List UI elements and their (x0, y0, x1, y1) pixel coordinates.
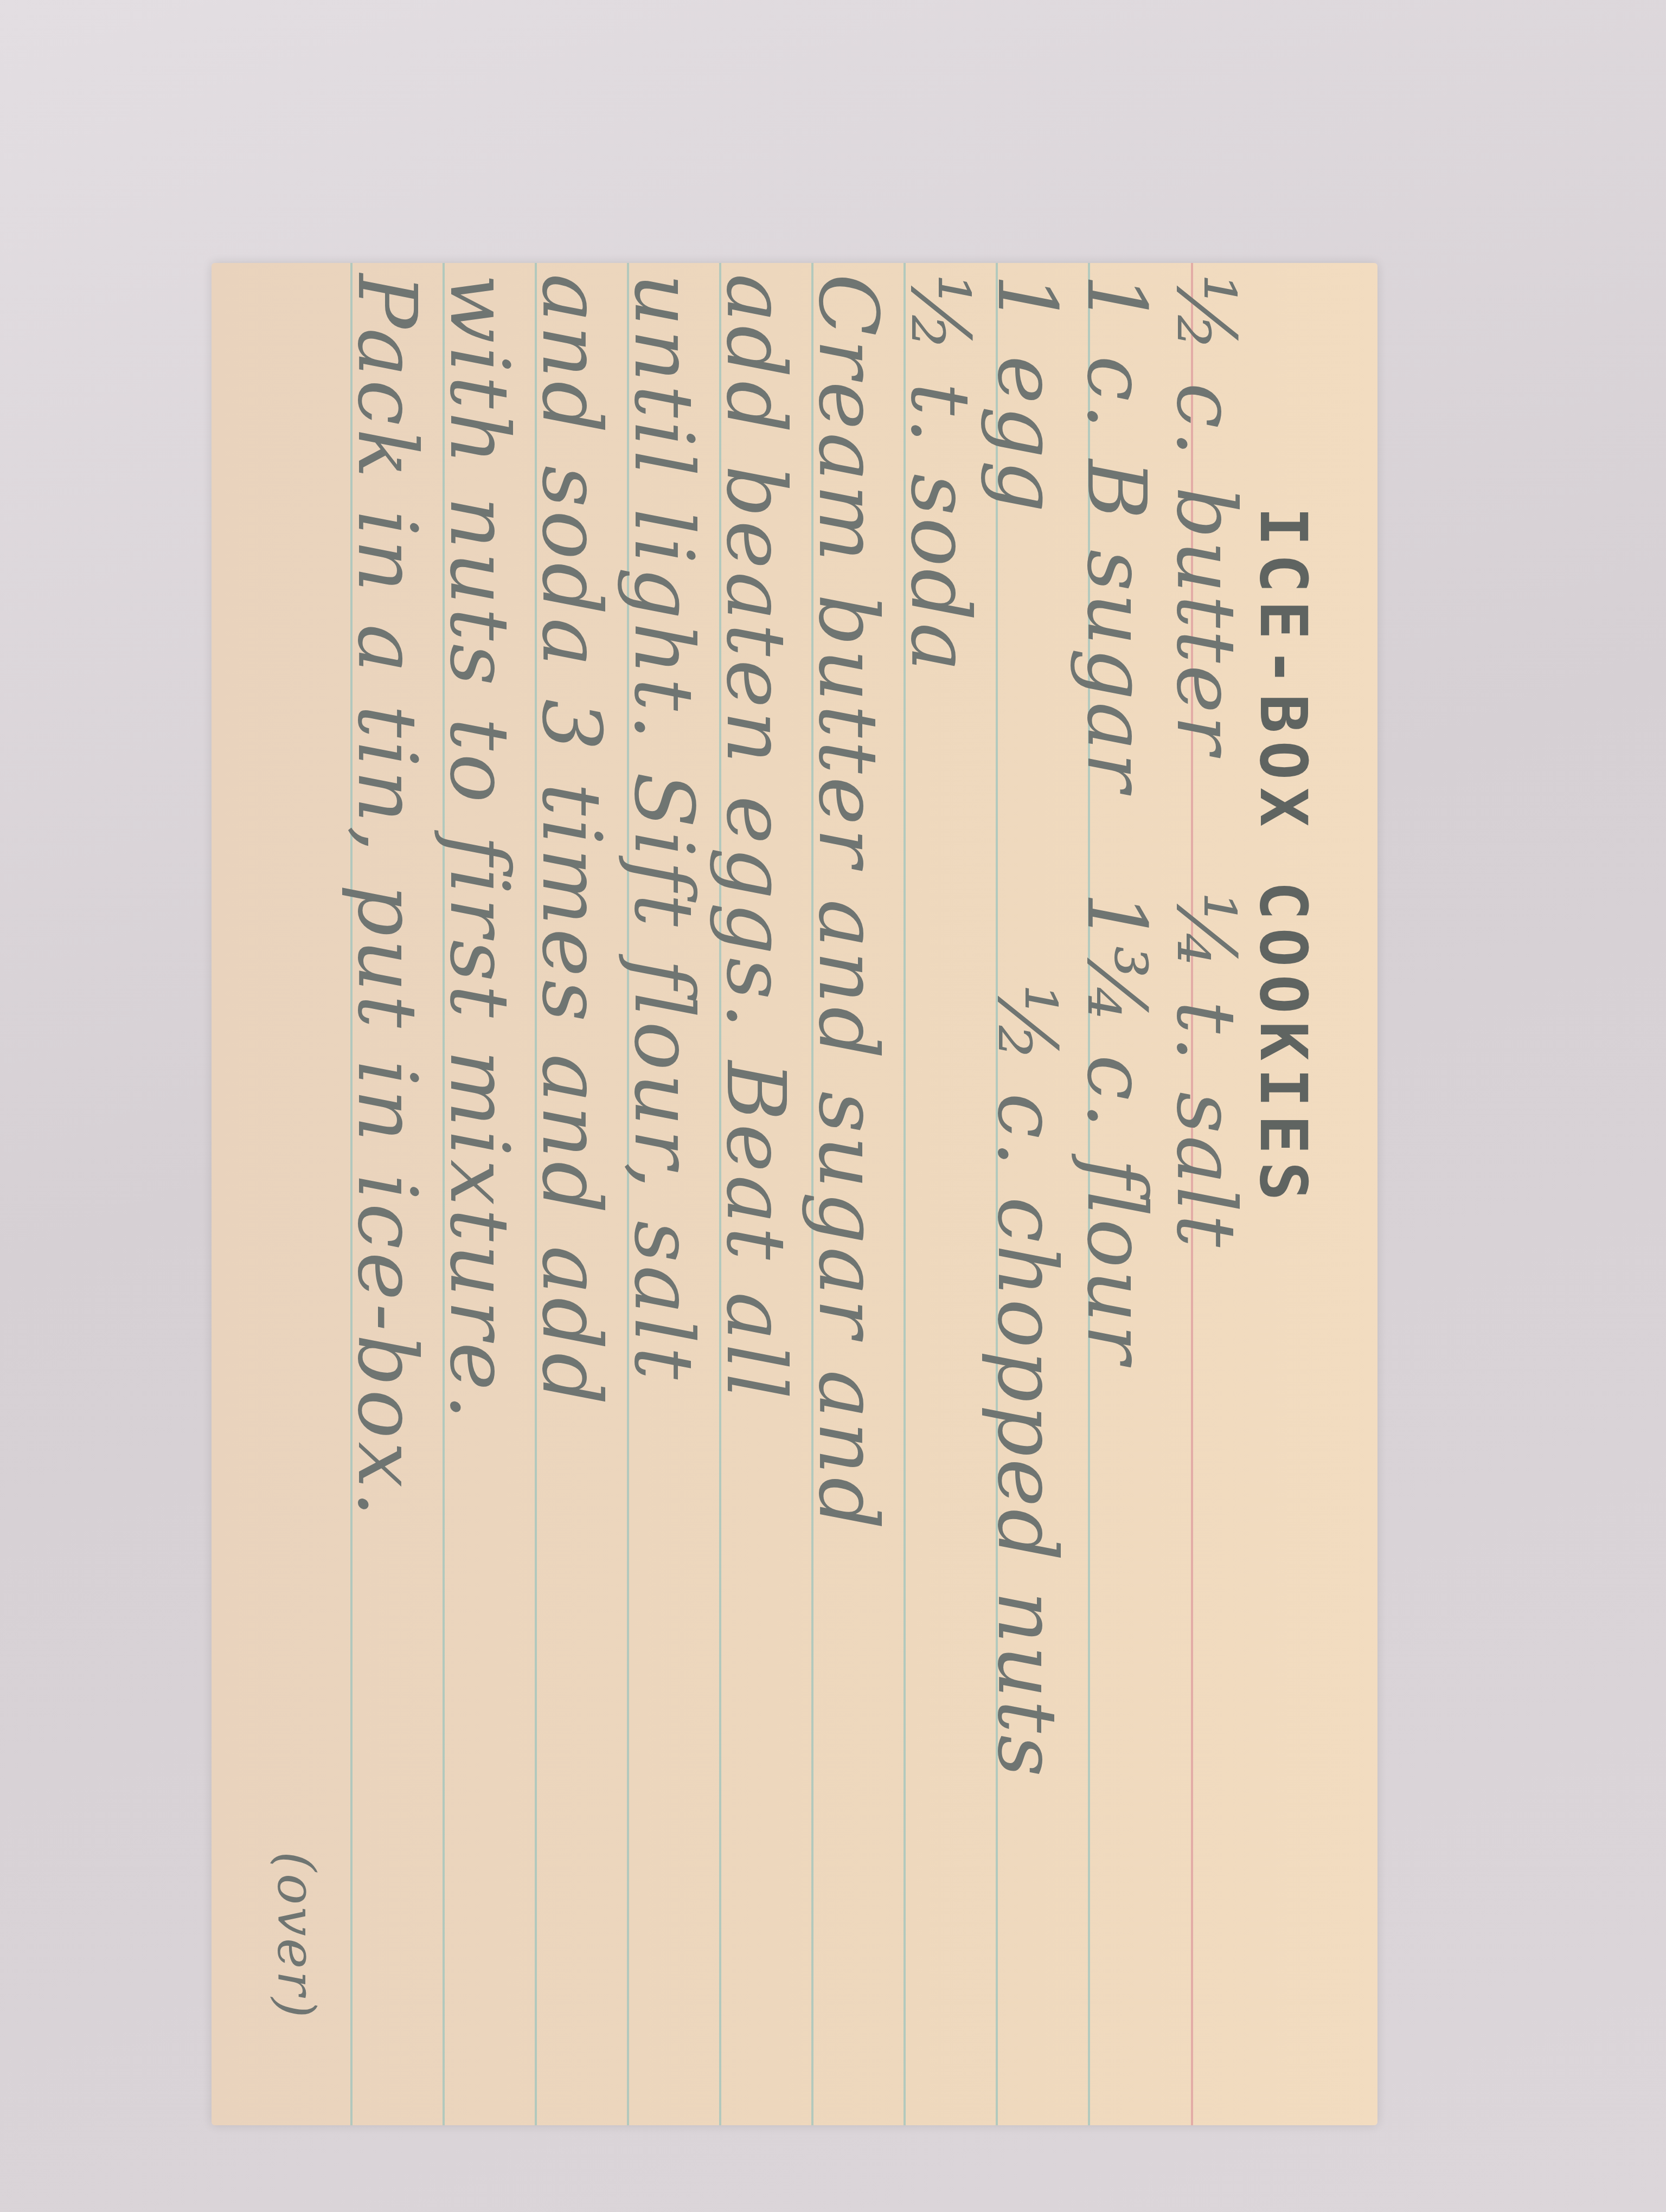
recipe-card-wrapper: ICE-BOX COOKIES ½ c. butter 1 c. B sugar… (212, 263, 1377, 2125)
instruction-line: add beaten eggs. Beat all (708, 274, 803, 1403)
instruction-line: Pack in a tin, put in ice-box. (339, 274, 434, 1520)
ingredient-egg: 1 egg (979, 274, 1074, 515)
instruction-line: with nuts to first mixture. (432, 274, 526, 1423)
ingredient-nuts: ½ c. chopped nuts (979, 984, 1074, 1779)
over-note: (over) (266, 1851, 325, 2020)
ingredient-butter: ½ c. butter (1158, 274, 1253, 756)
instruction-line: until light. Sift flour, salt (616, 274, 710, 1382)
ingredient-flour: 1¾ c. flour (1069, 892, 1163, 1366)
instruction-line: and soda 3 times and add (524, 274, 618, 1408)
recipe-title: ICE-BOX COOKIES (1245, 507, 1321, 1208)
recipe-card: ICE-BOX COOKIES ½ c. butter 1 c. B sugar… (212, 263, 1377, 2125)
ingredient-salt: ¼ t. salt (1158, 892, 1253, 1249)
instruction-line: Cream butter and sugar and (800, 274, 895, 1533)
ingredient-soda: ½ t. soda (893, 274, 987, 673)
ingredient-sugar: 1 c. B sugar (1069, 274, 1163, 794)
